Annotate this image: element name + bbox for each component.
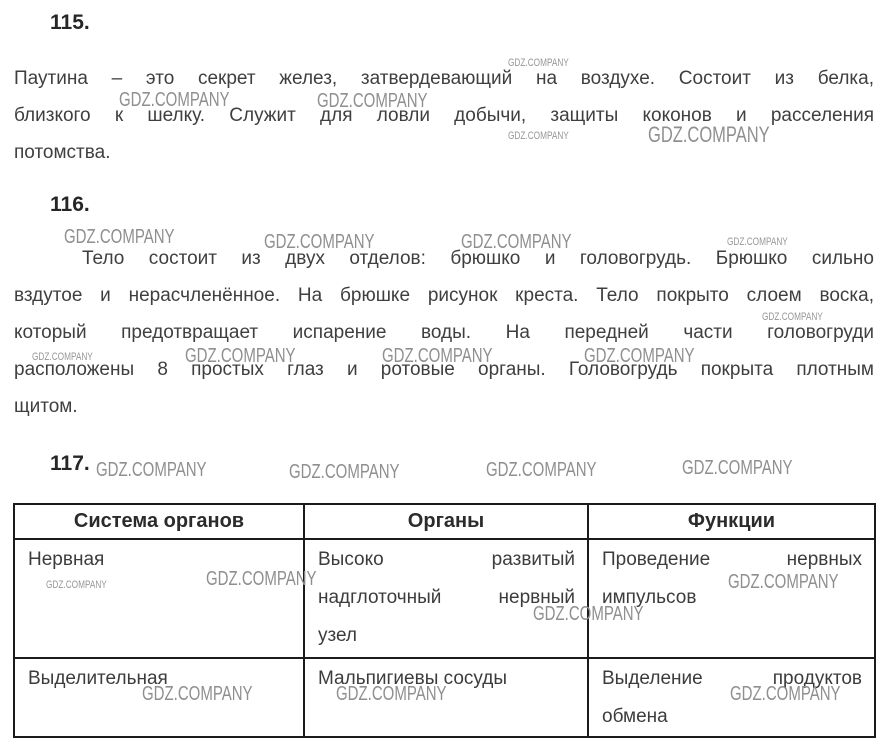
- text-line: расположены 8 простых глаз и ротовые орг…: [14, 351, 874, 388]
- answer-116-paragraph: Тело состоит из двух отделов: брюшко и г…: [14, 240, 874, 425]
- text-line: Высоко развитый: [318, 541, 575, 579]
- cell-function: Проведение нервных импульсов: [588, 539, 875, 658]
- text-line: узел: [318, 617, 575, 655]
- text-line: близкого к шелку. Служит для ловли добыч…: [14, 97, 874, 134]
- table-row-excretory: Выделительная Мальпигиевы сосуды Выделен…: [14, 658, 875, 737]
- text-line: импульсов: [602, 579, 862, 617]
- text-line: Нервная: [28, 541, 291, 579]
- cell-function: Выделение продуктов обмена: [588, 658, 875, 737]
- text-line: надглоточный нервный: [318, 579, 575, 617]
- text-line: Проведение нервных: [602, 541, 862, 579]
- task-number-116: 116.: [50, 193, 90, 217]
- table-header-organs: Органы: [304, 504, 588, 539]
- table-row-nervous: Нервная Высоко развитый надглоточный нер…: [14, 539, 875, 658]
- answer-115-paragraph: Паутина – это секрет желез, затвердевающ…: [14, 60, 874, 171]
- watermark-text: GDZ.COMPANY: [682, 457, 793, 480]
- table-header-row: Система органов Органы Функции: [14, 504, 875, 539]
- text-line: Выделение продуктов: [602, 660, 862, 698]
- text-line: вздутое и нерасчленённое. На брюшке рису…: [14, 277, 874, 314]
- task-number-117: 117.: [50, 452, 90, 476]
- watermark-text: GDZ.COMPANY: [289, 461, 400, 484]
- watermark-text: GDZ.COMPANY: [96, 459, 207, 482]
- table-header-organ-system: Система органов: [14, 504, 304, 539]
- watermark-text: GDZ.COMPANY: [486, 459, 597, 482]
- text-line: который предотвращает испарение воды. На…: [14, 314, 874, 351]
- organ-systems-table: Система органов Органы Функции Нервная В…: [13, 503, 876, 738]
- text-line: потомства.: [14, 134, 874, 171]
- table-header-functions: Функции: [588, 504, 875, 539]
- worksheet-page: 115. Паутина – это секрет желез, затверд…: [0, 0, 888, 746]
- cell-system: Нервная: [14, 539, 304, 658]
- text-line: обмена: [602, 698, 862, 736]
- text-line: Паутина – это секрет желез, затвердевающ…: [14, 60, 874, 97]
- text-line: щитом.: [14, 388, 874, 425]
- text-line: Мальпигиевы сосуды: [318, 660, 575, 698]
- cell-system: Выделительная: [14, 658, 304, 737]
- task-number-115: 115.: [50, 11, 90, 35]
- cell-organs: Мальпигиевы сосуды: [304, 658, 588, 737]
- text-line: Выделительная: [28, 660, 291, 698]
- text-line: Тело состоит из двух отделов: брюшко и г…: [14, 240, 874, 277]
- cell-organs: Высоко развитый надглоточный нервный узе…: [304, 539, 588, 658]
